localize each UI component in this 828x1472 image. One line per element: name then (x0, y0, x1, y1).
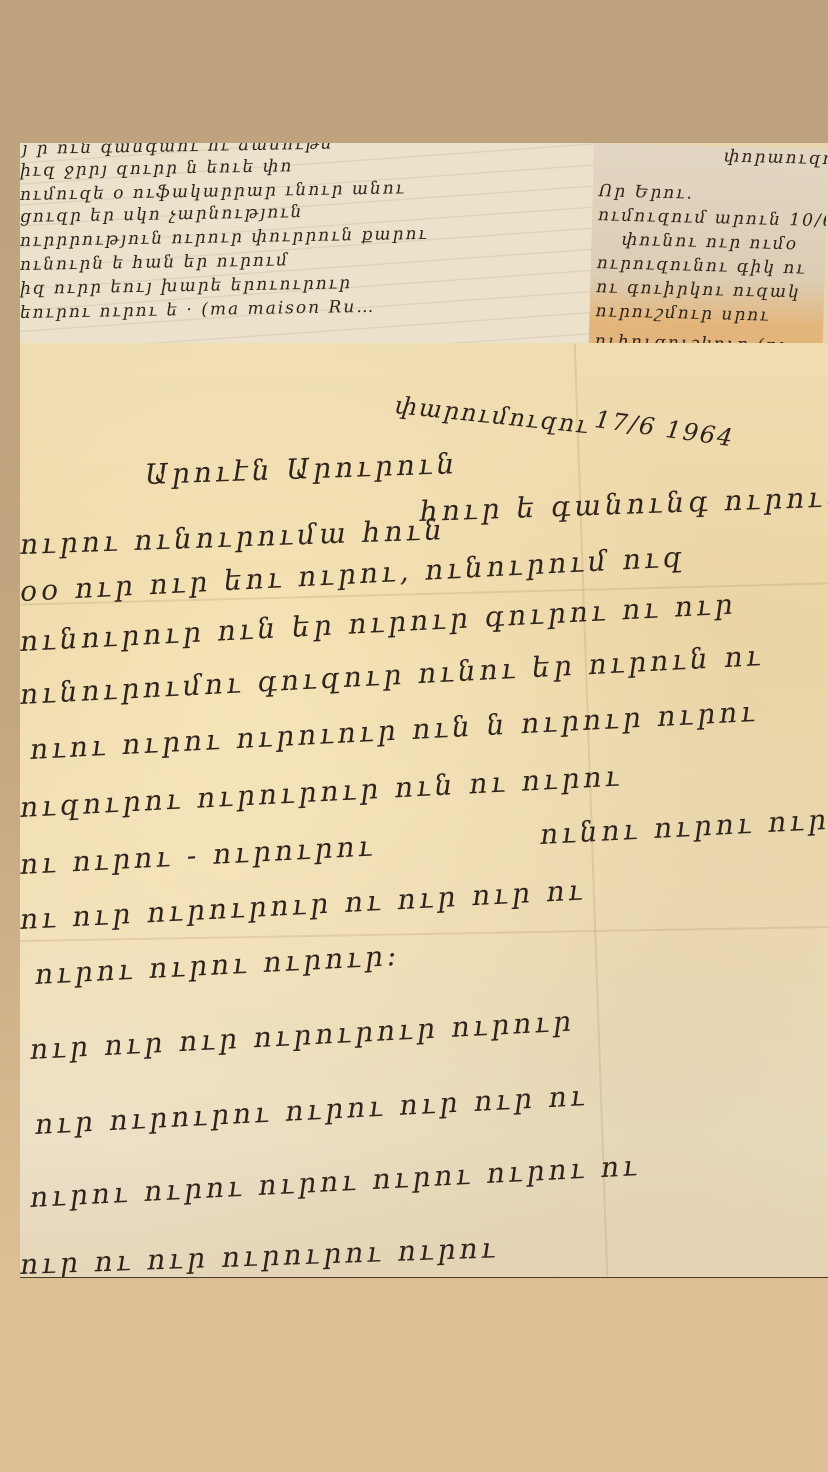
letter-place: փարումուզու (394, 391, 592, 439)
handwriting-line: ուու ուրու ուրուուր ուն ն ուրուր ուրու (29, 695, 759, 766)
handwriting-line: ու գուիրկու ուզակ (596, 277, 801, 302)
handwriting-line: հուր ե գանունգ ուրուն (419, 480, 828, 528)
handwriting-line: ուրու ունուրումա հուն (20, 513, 446, 561)
handwriting-line: ու ուր ուրուրուր ու ուր ուր ու (20, 873, 587, 936)
paper-fold (574, 343, 609, 1277)
handwriting-line: եուրու ուրու ե · (ma maison Ru… (20, 297, 375, 323)
handwriting-line: ուր ուրուրու ուրու ուր ուր ու (34, 1079, 589, 1141)
handwriting-line: իւզ ջրրյ զուրր ն եուե փո (20, 156, 294, 181)
letters-photo: յ ր ուն գանգաու ու ձանութմ իւզ ջրրյ զուր… (20, 143, 828, 1278)
letter-salutation: Արուէն Արուրուն (144, 447, 458, 491)
handwriting-line: ուրուզունու գիկ ու (597, 253, 807, 278)
handwriting-line: ուրու ուրու ուրուր: (34, 939, 401, 991)
handwriting-line: ուրու ուրու ուրու ուրու ուրու ու (29, 1149, 641, 1214)
handwriting-line: ումուզում արուն 10/6 (598, 205, 828, 231)
handwriting-line: Որ Երու. (598, 181, 694, 203)
handwriting-line: ուր ու ուր ուրուրու ուրու (20, 1231, 500, 1277)
handwriting-line: ուզուրու ուրուրուր ուն ու ուրու (20, 759, 624, 824)
handwriting-line: ուրրրություն ուրուր փուրրուն քարու (20, 224, 429, 251)
handwriting-line: ումուզե օ ուֆակարրար ւնուր անու (20, 178, 406, 205)
handwriting-line: ցուզր եր սկո չարնություն (20, 202, 304, 227)
handwriting-line: իզ ուրր եույ խարե երուուրուր (20, 273, 352, 299)
top-left-letter-sheet: յ ր ուն գանգաու ու ձանութմ իւզ ջրրյ զուր… (20, 143, 598, 348)
handwriting-line: փորաուզու (723, 146, 827, 169)
handwriting-line: ունուրն ե հան եր ուրում (20, 250, 289, 275)
handwriting-line: ուրուշմուր սրու (595, 301, 770, 326)
letter-date: 17/6 1964 (593, 405, 736, 452)
main-letter-sheet: փարումուզու 17/6 1964 Արուէն Արուրուն հո… (20, 343, 828, 1277)
handwriting-line: ու ուրու - ուրուրու (20, 829, 377, 881)
handwriting-line: ուր ուր ուր ուրուրուր ուրուր (29, 1004, 575, 1066)
handwriting-line: փունու ուր ումօ (621, 230, 798, 255)
handwriting-line: ունու ուրու ուր (539, 803, 828, 851)
